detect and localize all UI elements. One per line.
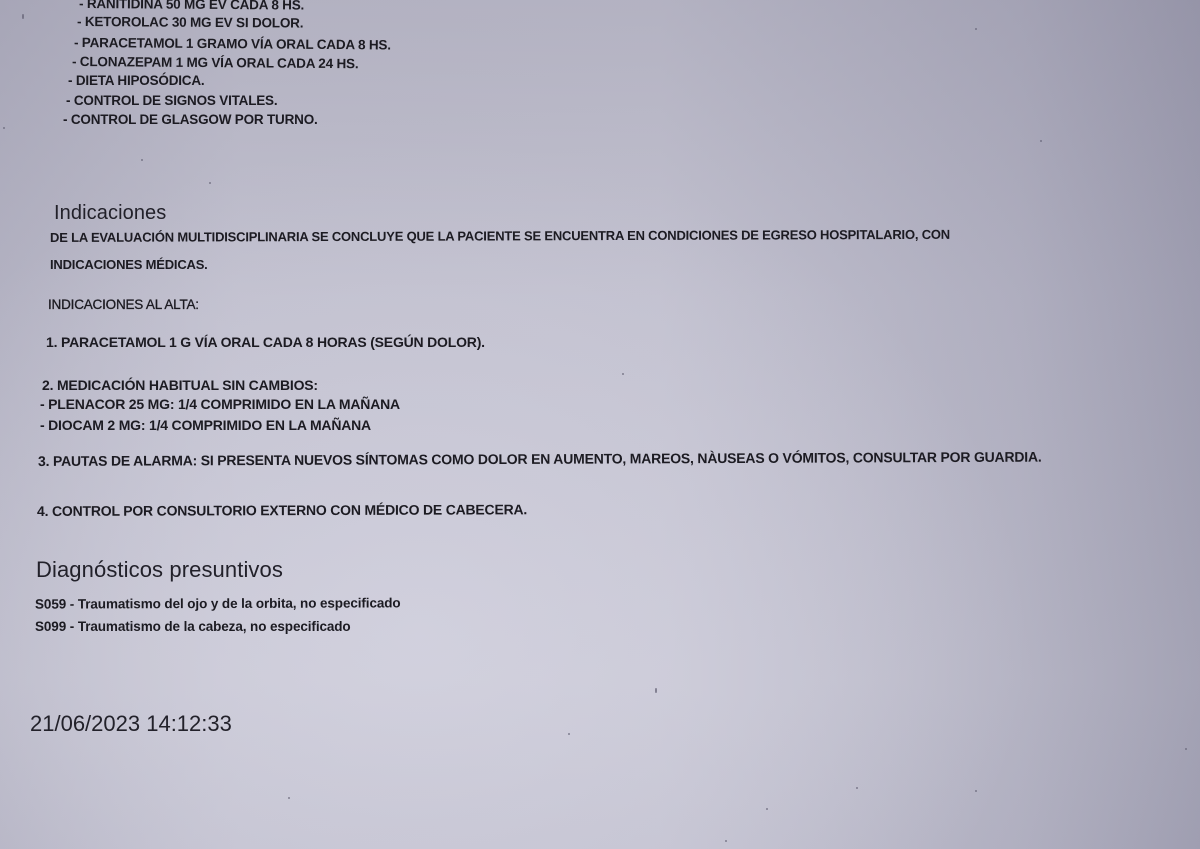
treatment-item: - CONTROL DE GLASGOW POR TURNO. (63, 112, 318, 127)
treatment-item: - CONTROL DE SIGNOS VITALES. (66, 93, 277, 108)
alta-label: INDICACIONES AL ALTA: (48, 297, 199, 312)
diagnosis-item: S059 - Traumatismo del ojo y de la orbit… (35, 595, 401, 611)
indicaciones-intro-line1: DE LA EVALUACIÓN MULTIDISCIPLINARIA SE C… (50, 227, 950, 245)
alta-item-1: 1. PARACETAMOL 1 G VÍA ORAL CADA 8 HORAS… (46, 334, 485, 350)
alta-item-2-sub: - DIOCAM 2 MG: 1/4 COMPRIMIDO EN LA MAÑA… (40, 417, 371, 433)
speck (209, 182, 211, 184)
speck (3, 127, 5, 129)
speck (975, 28, 977, 30)
speck (766, 808, 768, 810)
speck (856, 787, 858, 789)
alta-item-2-sub: - PLENACOR 25 MG: 1/4 COMPRIMIDO EN LA M… (40, 396, 400, 412)
diagnosis-item: S099 - Traumatismo de la cabeza, no espe… (35, 619, 351, 634)
diagnosticos-title: Diagnósticos presuntivos (36, 557, 283, 583)
treatment-item: - CLONAZEPAM 1 MG VÍA ORAL CADA 24 HS. (72, 54, 359, 71)
treatment-item: - KETOROLAC 30 MG EV SI DOLOR. (77, 14, 303, 31)
alta-item-4: 4. CONTROL POR CONSULTORIO EXTERNO CON M… (37, 501, 527, 519)
speck (1040, 140, 1042, 142)
indicaciones-intro-line2: INDICACIONES MÉDICAS. (50, 257, 208, 272)
treatment-item: - DIETA HIPOSÓDICA. (68, 73, 204, 88)
speck (622, 373, 624, 375)
speck (22, 14, 24, 19)
indicaciones-title: Indicaciones (54, 202, 166, 225)
speck (568, 733, 570, 735)
speck (725, 840, 727, 842)
speck (975, 790, 977, 792)
treatment-item: - PARACETAMOL 1 GRAMO VÍA ORAL CADA 8 HS… (74, 35, 391, 52)
document-timestamp: 21/06/2023 14:12:33 (30, 711, 232, 737)
speck (288, 797, 290, 799)
treatment-item: - RANITIDINA 50 MG EV CADA 8 HS. (79, 0, 304, 13)
speck (655, 688, 657, 693)
speck (141, 159, 143, 161)
alta-item-2-title: 2. MEDICACIÓN HABITUAL SIN CAMBIOS: (42, 377, 318, 393)
speck (1185, 748, 1187, 750)
alta-item-3: 3. PAUTAS DE ALARMA: SI PRESENTA NUEVOS … (38, 449, 1042, 469)
